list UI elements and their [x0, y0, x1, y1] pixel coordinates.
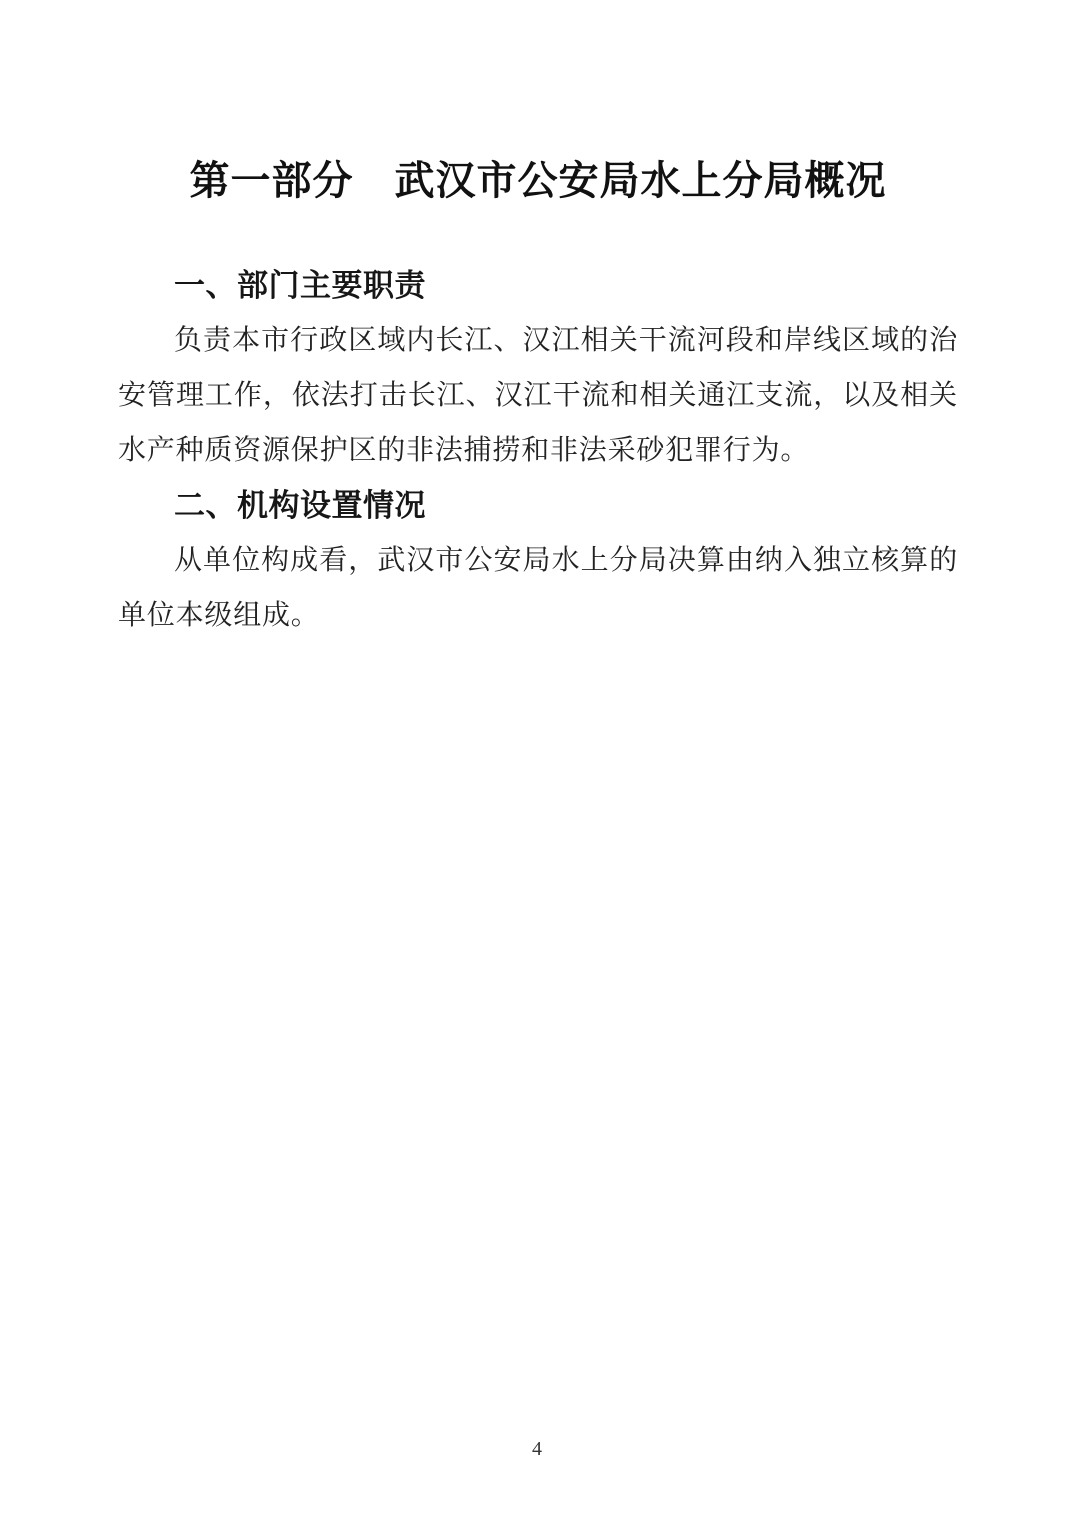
document-content: 第一部分 武汉市公安局水上分局概况 一、部门主要职责 负责本市行政区域内长江、汉… — [118, 0, 958, 643]
section-heading-1: 一、部门主要职责 — [118, 258, 958, 313]
page-title: 第一部分 武汉市公安局水上分局概况 — [118, 150, 958, 212]
section-paragraph-1: 负责本市行政区域内长江、汉江相关干流河段和岸线区域的治安管理工作，依法打击长江、… — [118, 313, 958, 478]
document-page: 第一部分 武汉市公安局水上分局概况 一、部门主要职责 负责本市行政区域内长江、汉… — [0, 0, 1074, 1520]
section-paragraph-2: 从单位构成看，武汉市公安局水上分局决算由纳入独立核算的单位本级组成。 — [118, 533, 958, 643]
section-heading-2: 二、机构设置情况 — [118, 478, 958, 533]
page-number: 4 — [0, 1438, 1074, 1461]
document-body: 一、部门主要职责 负责本市行政区域内长江、汉江相关干流河段和岸线区域的治安管理工… — [118, 258, 958, 643]
